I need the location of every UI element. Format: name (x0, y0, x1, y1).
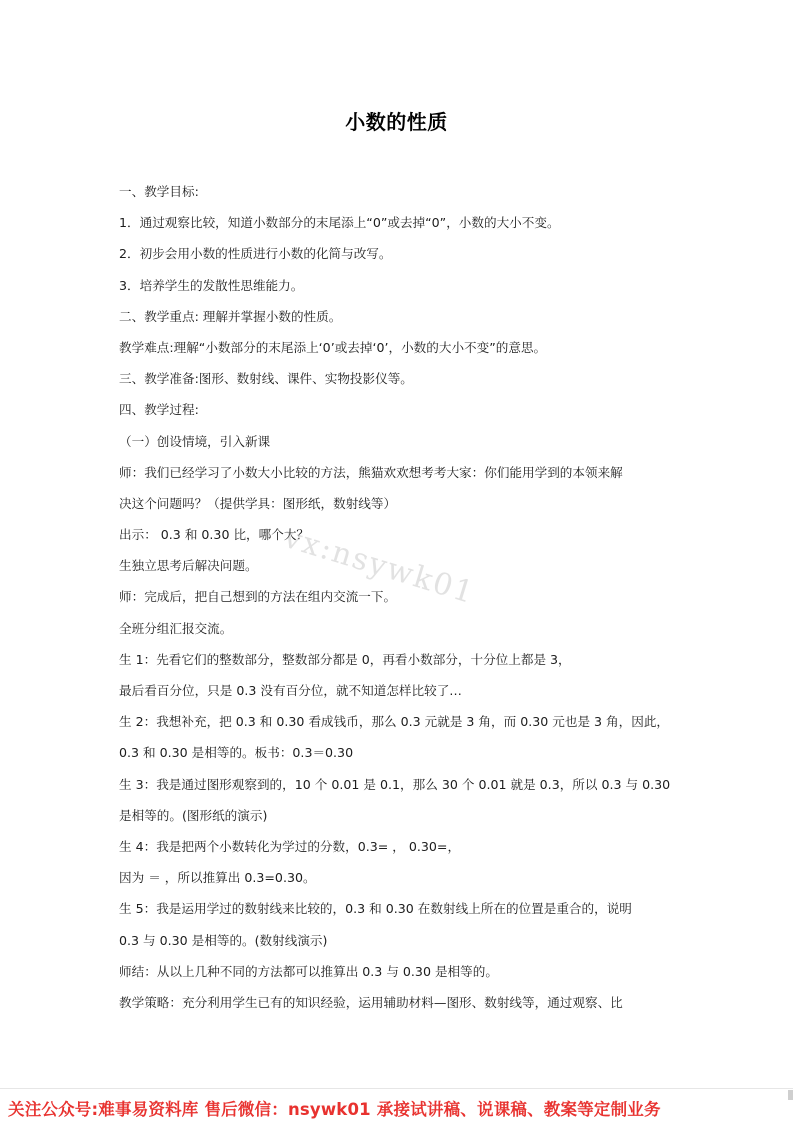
paragraph-line: 0.3 与 0.30 是相等的。(数射线演示) (119, 925, 679, 956)
paragraph-line: 生 4：我是把两个小数转化为学过的分数，0.3= ， 0.30=， (119, 831, 679, 862)
document-title: 小数的性质 (0, 106, 793, 135)
footer-promo-text: 关注公众号:难事易资料库 售后微信：nsywk01 承接试讲稿、说课稿、教案等定… (8, 1096, 661, 1120)
paragraph-line: 师：完成后，把自己想到的方法在组内交流一下。 (119, 581, 679, 612)
paragraph-line: 教学策略：充分利用学生已有的知识经验，运用辅助材料—图形、数射线等，通过观察、比 (119, 987, 679, 1018)
paragraph-line: 是相等的。(图形纸的演示) (119, 800, 679, 831)
paragraph-line: 生 5：我是运用学过的数射线来比较的，0.3 和 0.30 在数射线上所在的位置… (119, 893, 679, 924)
section-heading-objectives: 一、教学目标: (119, 176, 679, 207)
paragraph-line: 生 2：我想补充，把 0.3 和 0.30 看成钱币，那么 0.3 元就是 3 … (119, 706, 679, 737)
paragraph-line: 出示： 0.3 和 0.30 比，哪个大？ (119, 519, 679, 550)
objective-item-1: 1．通过观察比较，知道小数部分的末尾添上“0”或去掉“0”，小数的大小不变。 (119, 207, 679, 238)
paragraph-line: 0.3 和 0.30 是相等的。板书：0.3＝0.30 (119, 737, 679, 768)
paragraph-line: 最后看百分位，只是 0.3 没有百分位，就不知道怎样比较了… (119, 675, 679, 706)
section-heading-process: 四、教学过程: (119, 394, 679, 425)
section-heading-preparation: 三、教学准备:图形、数射线、课件、实物投影仪等。 (119, 363, 679, 394)
page-edge-mark (788, 1090, 793, 1100)
paragraph-line: 生 3：我是通过图形观察到的，10 个 0.01 是 0.1，那么 30 个 0… (119, 769, 679, 800)
paragraph-line: 师结：从以上几种不同的方法都可以推算出 0.3 与 0.30 是相等的。 (119, 956, 679, 987)
document-body: 一、教学目标: 1．通过观察比较，知道小数部分的末尾添上“0”或去掉“0”，小数… (119, 176, 679, 1018)
objective-item-2: 2．初步会用小数的性质进行小数的化简与改写。 (119, 238, 679, 269)
subsection-heading-intro: （一）创设情境，引入新课 (119, 426, 679, 457)
section-heading-key-points: 二、教学重点: 理解并掌握小数的性质。 (119, 301, 679, 332)
paragraph-line: 因为 ＝ ，所以推算出 0.3=0.30。 (119, 862, 679, 893)
difficult-points: 教学难点:理解“小数部分的末尾添上‘0’或去掉‘0’，小数的大小不变”的意思。 (119, 332, 679, 363)
objective-item-3: 3．培养学生的发散性思维能力。 (119, 270, 679, 301)
paragraph-line: 全班分组汇报交流。 (119, 613, 679, 644)
document-page: 小数的性质 一、教学目标: 1．通过观察比较，知道小数部分的末尾添上“0”或去掉… (0, 0, 793, 1122)
footer-banner: 关注公众号:难事易资料库 售后微信：nsywk01 承接试讲稿、说课稿、教案等定… (0, 1088, 793, 1122)
paragraph-line: 生 1：先看它们的整数部分，整数部分都是 0，再看小数部分，十分位上都是 3， (119, 644, 679, 675)
paragraph-line: 生独立思考后解决问题。 (119, 550, 679, 581)
paragraph-line: 决这个问题吗？（提供学具：图形纸，数射线等） (119, 488, 679, 519)
paragraph-line: 师：我们已经学习了小数大小比较的方法，熊猫欢欢想考考大家：你们能用学到的本领来解 (119, 457, 679, 488)
